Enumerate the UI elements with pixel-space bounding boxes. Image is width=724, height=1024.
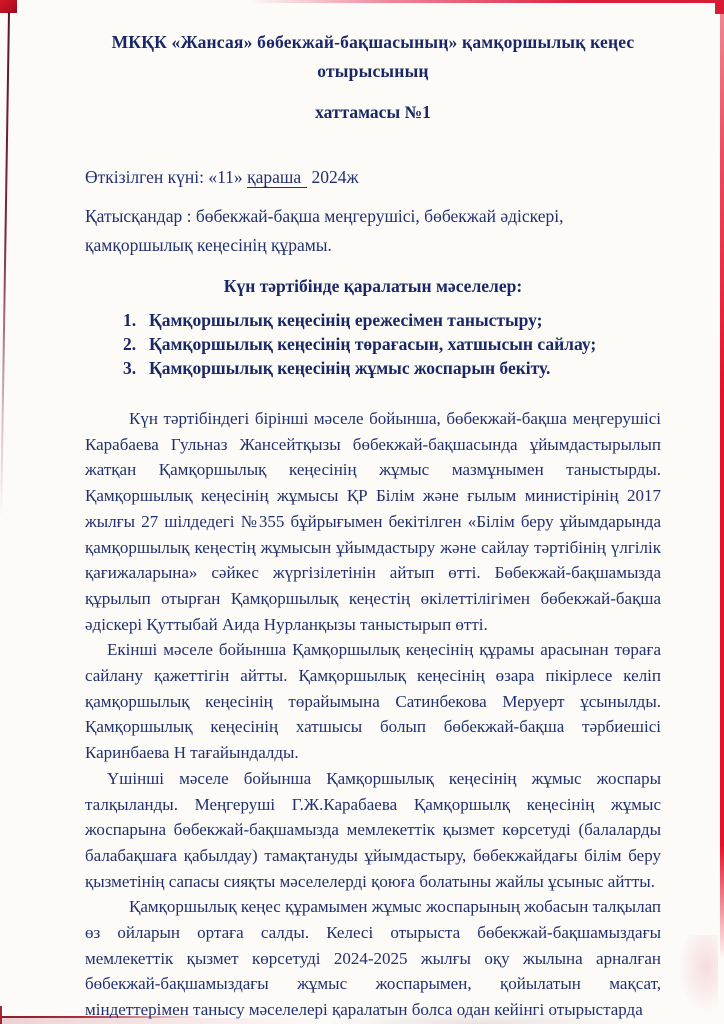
scan-red-corner-top-left bbox=[0, 0, 17, 13]
scan-red-edge-right bbox=[720, 14, 724, 959]
agenda-heading: Күн тәртібінде қаралатын мәселелер: bbox=[85, 274, 661, 299]
scan-page-edge-left bbox=[0, 12, 10, 517]
participants-line: Қатысқандар : бөбекжай-бақша меңгерушісі… bbox=[85, 202, 661, 260]
agenda-item: 3. Қамқоршылық кеңесінің жұмыс жоспарын … bbox=[123, 356, 661, 380]
agenda-list: 1. Қамқоршылық кеңесінің ережесімен таны… bbox=[85, 308, 661, 380]
agenda-item-text: Қамқоршылық кеңесінің төрағасын, хатшысы… bbox=[149, 332, 596, 356]
protocol-number: хаттамасы №1 bbox=[85, 98, 661, 127]
document-body: Күн тәртібіндегі бірінші мәселе бойынша,… bbox=[85, 406, 661, 1023]
body-paragraph-4: Қамқоршылық кеңес құрамымен жұмыс жоспар… bbox=[85, 894, 661, 1023]
date-year: 2024ж bbox=[307, 167, 358, 187]
date-prefix: Өткізілген күні: «11» bbox=[85, 167, 247, 187]
scan-red-edge-top bbox=[248, 0, 718, 3]
document-title-line-1: МКҚК «Жансая» бөбекжай-бақшасының» қамқо… bbox=[85, 28, 661, 57]
agenda-item-number: 3. bbox=[123, 356, 149, 380]
agenda-item-text: Қамқоршылық кеңесінің ережесімен танысты… bbox=[149, 308, 542, 332]
meeting-date-line: Өткізілген күні: «11» қараша 2024ж bbox=[85, 163, 661, 192]
document-title-line-2: отырысының bbox=[85, 57, 661, 86]
body-paragraph-2: Екінші мәселе бойынша Қамқоршылық кеңесі… bbox=[85, 637, 661, 766]
agenda-item-number: 1. bbox=[123, 308, 149, 332]
date-month-underlined: қараша bbox=[247, 167, 307, 188]
body-paragraph-1: Күн тәртібіндегі бірінші мәселе бойынша,… bbox=[85, 406, 661, 637]
agenda-item-text: Қамқоршылық кеңесінің жұмыс жоспарын бек… bbox=[149, 356, 550, 380]
agenda-item-number: 2. bbox=[123, 332, 149, 356]
agenda-item: 1. Қамқоршылық кеңесінің ережесімен таны… bbox=[123, 308, 661, 332]
scan-red-corner-top-right bbox=[715, 0, 724, 14]
agenda-item: 2. Қамқоршылық кеңесінің төрағасын, хатш… bbox=[123, 332, 661, 356]
scan-red-tick-bottom-left bbox=[0, 1006, 2, 1024]
body-paragraph-3: Үшінші мәселе бойынша Қамқоршылық кеңесі… bbox=[85, 766, 661, 895]
scanned-document-page: МКҚК «Жансая» бөбекжай-бақшасының» қамқо… bbox=[0, 0, 724, 1024]
scan-smudge-bottom-right bbox=[678, 935, 718, 1015]
document-content: МКҚК «Жансая» бөбекжай-бақшасының» қамқо… bbox=[85, 28, 661, 1023]
